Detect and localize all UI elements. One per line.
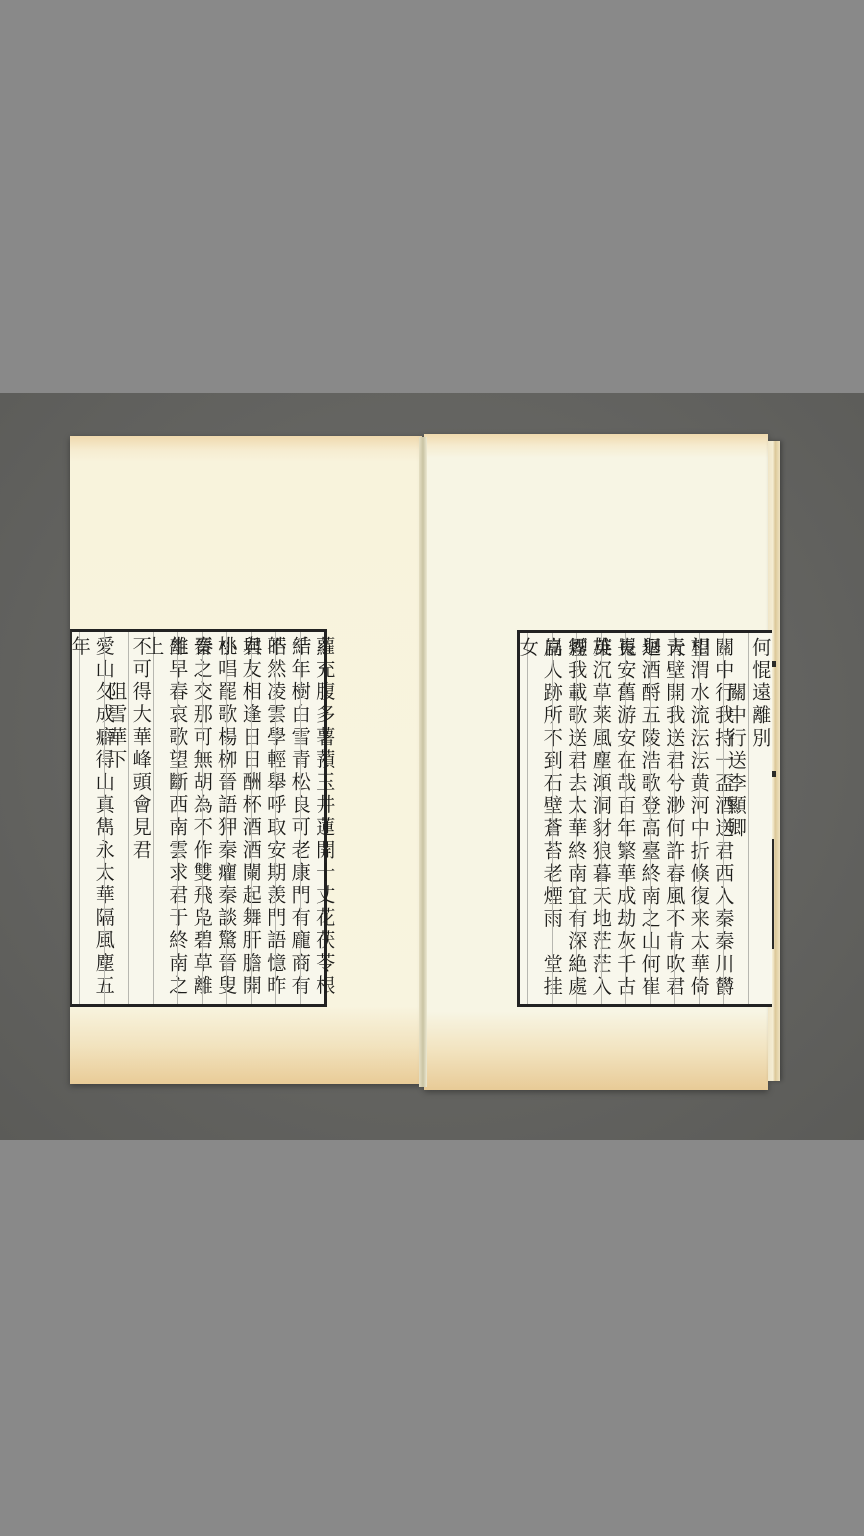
text-column: 關中行送李顯卿 — [723, 633, 748, 1004]
left-page-text-frame: 蘿充腹多薯蕷玉井蓮開十丈花茯苓根結 千年樹白雪青松良可老康門有龐商有皓 不然凌雲… — [70, 629, 327, 1007]
right-page-columns: 何惃遠離別 關中行送李顯卿 關中行我持一盃酒送君西入秦秦川欝相 望渭水流沄沄黄河… — [527, 633, 772, 1004]
book-gutter — [419, 437, 427, 1087]
banxin-rule — [772, 839, 774, 949]
left-page-columns: 蘿充腹多薯蕷玉井蓮開十丈花茯苓根結 千年樹白雪青松良可老康門有龐商有皓 不然凌雲… — [79, 632, 324, 1004]
text-column: 阻雪華下 — [104, 632, 129, 1004]
text-column: 何惃遠離別 — [748, 633, 773, 1004]
book-photo: 何惃遠離別 關中行送李顯卿 關中行我持一盃酒送君西入秦秦川欝相 望渭水流沄沄黄河… — [0, 393, 864, 1140]
text-column: 關中行我持一盃酒送君西入秦秦川欝相 — [699, 633, 724, 1004]
text-column: 愛山夂成癖得山真雋永太華隔風塵五年 — [79, 632, 104, 1004]
text-column: 蘿充腹多薯蕷玉井蓮開十丈花茯苓根結 — [300, 632, 325, 1004]
right-page-text-frame: 何惃遠離別 關中行送李顯卿 關中行我持一盃酒送君西入秦秦川欝相 望渭水流沄沄黄河… — [517, 630, 772, 1007]
